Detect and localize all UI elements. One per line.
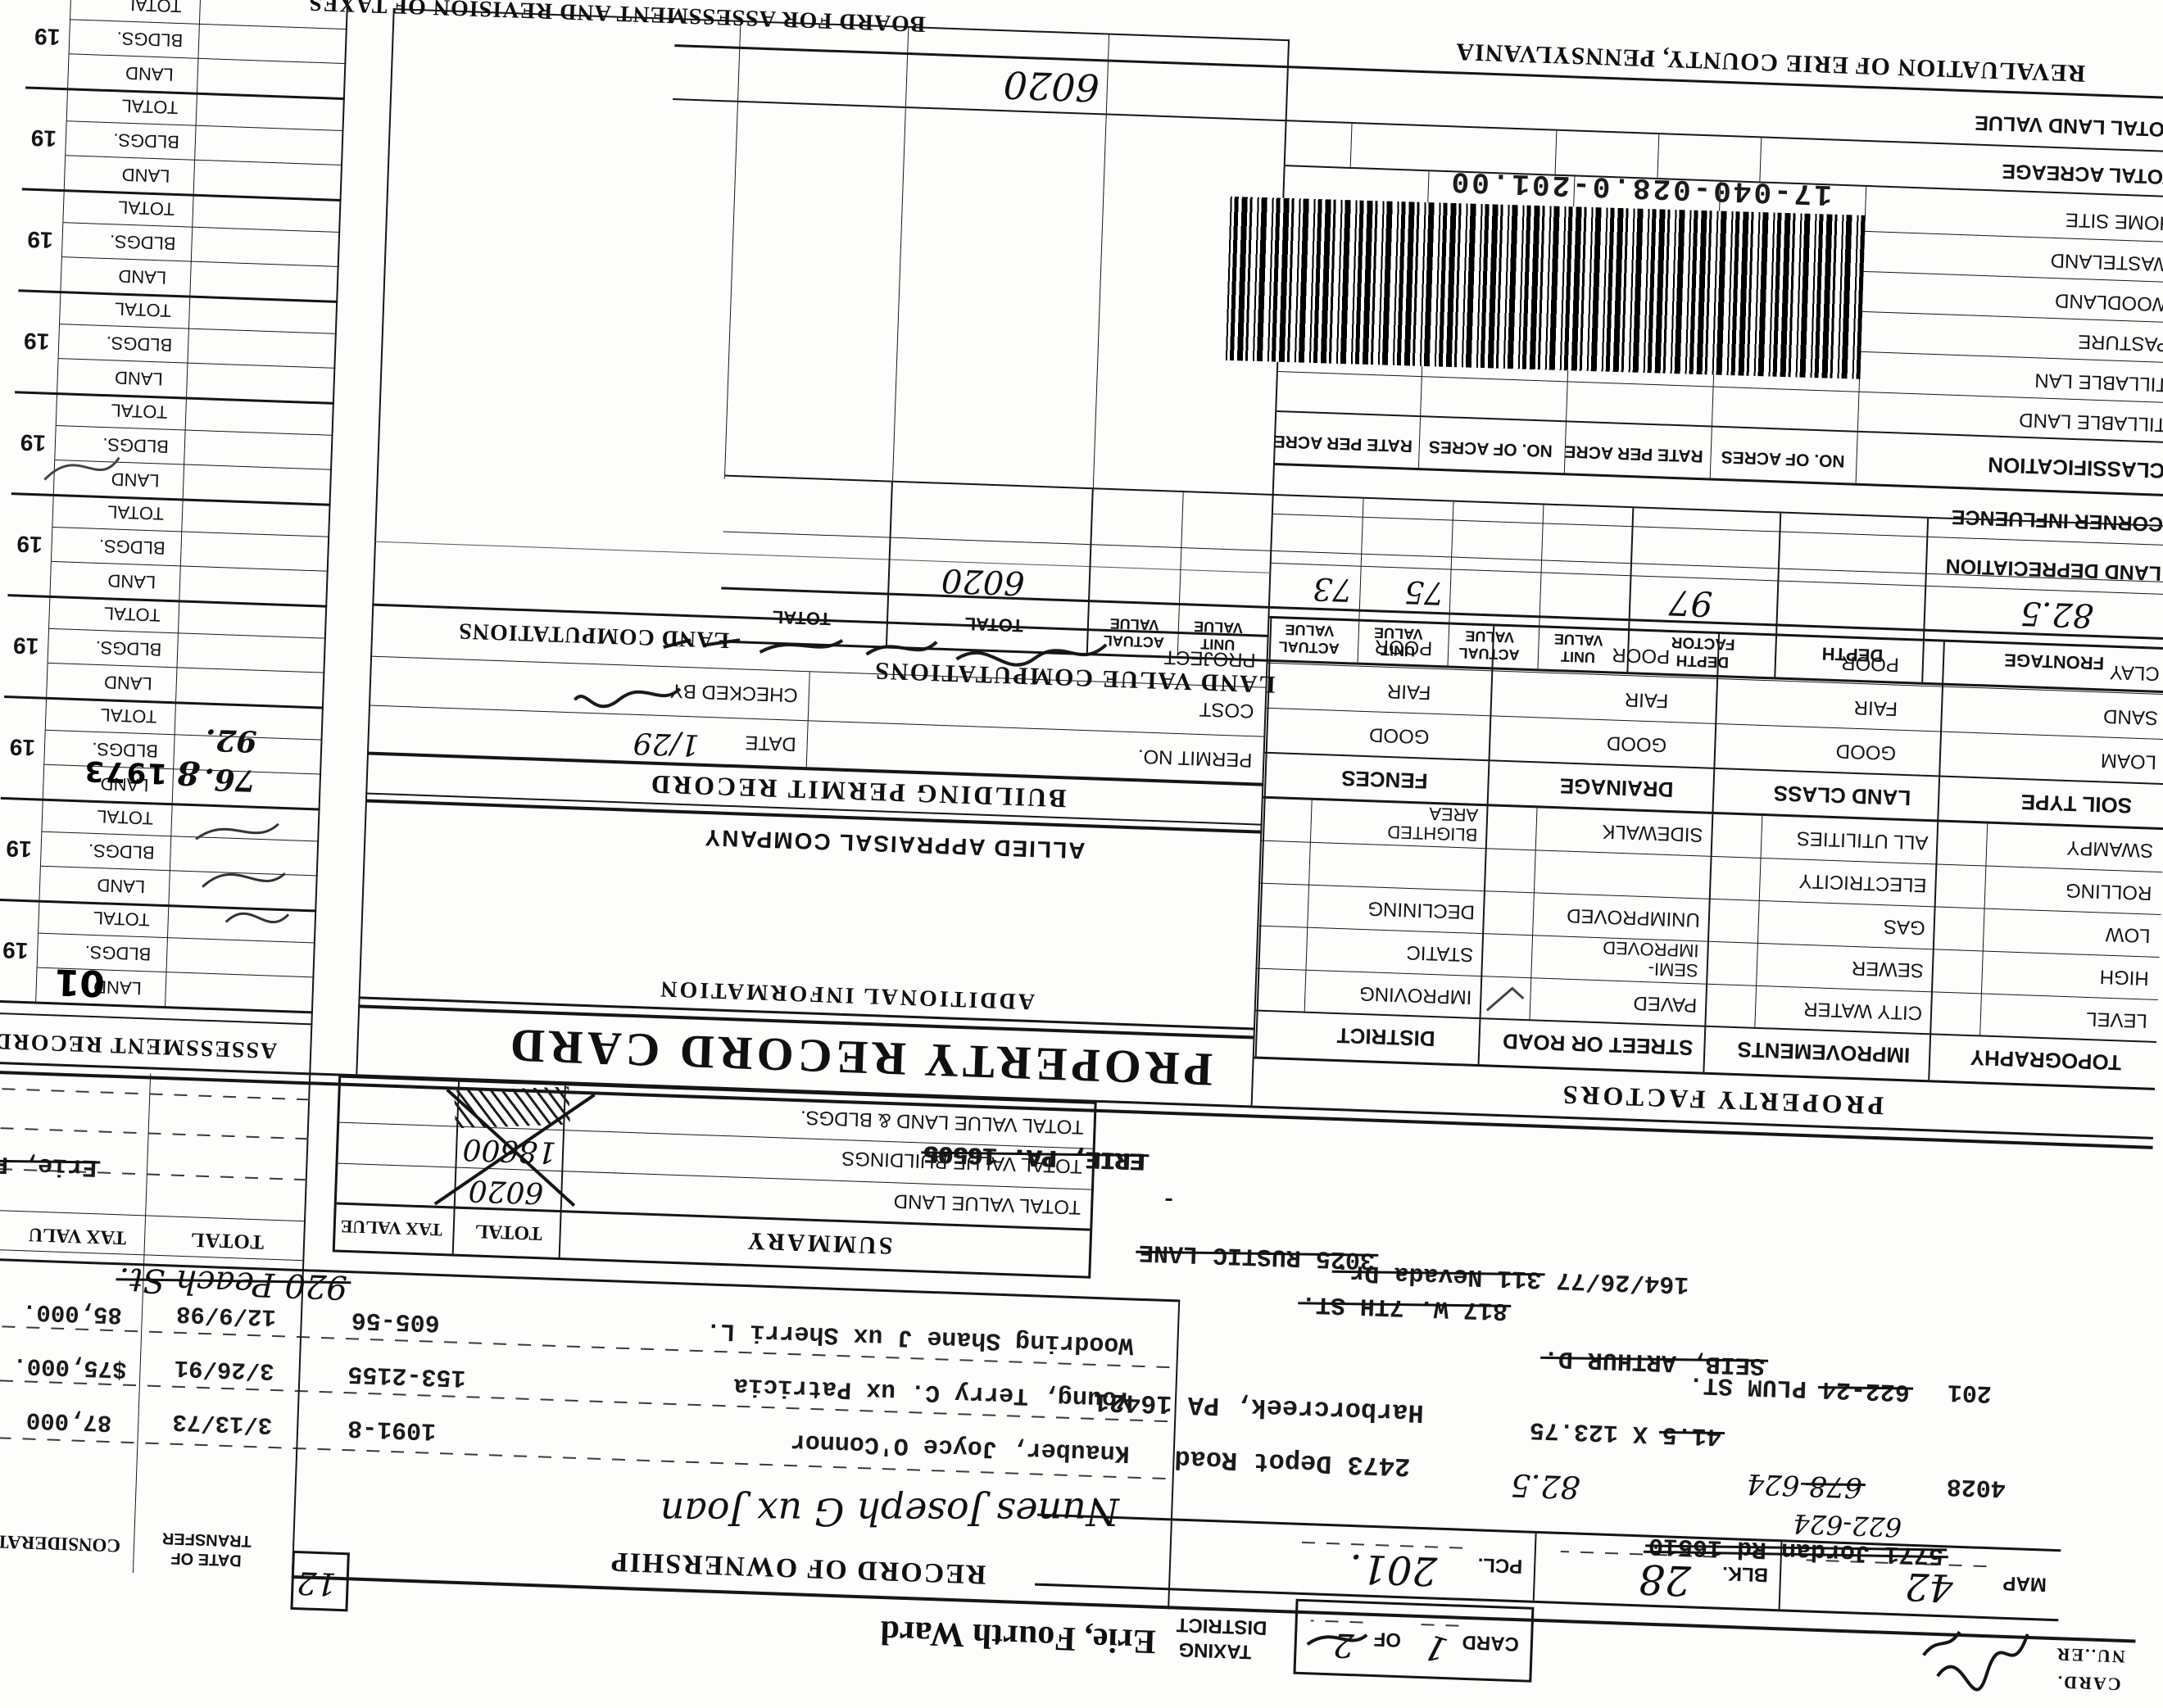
factor-improving: IMPROVING	[1359, 981, 1472, 1008]
factor-allutilities: ALL UTILITIES	[1796, 826, 1928, 854]
owner-book-knauber: 1091-8	[347, 1413, 437, 1444]
drain-fair: FAIR	[1624, 687, 1668, 712]
block-year-label: 19	[2, 936, 29, 963]
factor-swampy: SWAMPY	[2066, 836, 2154, 862]
barcode-number: 17-040-028.0-201.00	[1449, 164, 1833, 211]
num-201: 201	[1947, 1377, 1992, 1407]
owner-book-young: 153-2155	[347, 1359, 466, 1391]
summary-total-header: TOTAL	[474, 1219, 542, 1244]
class-good: GOOD	[1835, 739, 1896, 764]
total-acreage-label: TOTAL ACREAGE	[2002, 159, 2163, 188]
factor-declining: DECLINING	[1367, 896, 1476, 923]
num-4028: 4028	[1946, 1471, 2006, 1501]
permit-no-label: PERMIT NO.	[1137, 744, 1252, 771]
assessment-record-title: ASSESSMENT RECORD	[0, 1027, 278, 1063]
comp-col-depthfactor: DEPTH FACTOR	[1649, 632, 1757, 672]
factor-sewer: SEWER	[1851, 956, 1924, 981]
block-total-label: TOTAL	[111, 399, 168, 422]
block-total-label: TOTAL	[118, 197, 175, 220]
pcl-label: PCL.	[1477, 1552, 1523, 1577]
comp-col-actual1: ACTUAL VALUE	[1454, 627, 1525, 664]
map-label: MAP	[2002, 1571, 2047, 1596]
assessment-block-stamped: LAND BLDGS. TOTAL 19 8 1973 76. 92.	[1, 695, 324, 811]
classification-label: CLASSIFICATION	[1988, 451, 2163, 483]
dim-rest: X 123.75	[1529, 1416, 1662, 1448]
block-total-label: TOTAL	[103, 602, 161, 625]
assessment-block: LAND BLDGS. TOTAL 19	[18, 188, 341, 303]
block-land-label: LAND	[125, 62, 175, 85]
right-taxvalu-header: TAX VALU	[28, 1222, 126, 1248]
fence-fair: FAIR	[1387, 679, 1431, 704]
date-of-transfer-line2: TRANSFER	[162, 1529, 252, 1550]
block-year-label: 19	[24, 328, 50, 355]
factors-col-soiltype: SOIL TYPE	[2020, 789, 2132, 818]
assessment-block: LAND BLDGS. TOTAL 19	[15, 289, 338, 405]
ward-box: 12	[290, 1551, 349, 1611]
dimensions-line: 41.5 X 123.75	[1529, 1416, 1721, 1450]
blk-label: BLK.	[1722, 1561, 1769, 1586]
comp-col-depth: DEPTH	[1821, 642, 1883, 666]
block-year-label: 19	[16, 530, 43, 557]
stamp-1973: 1973	[83, 754, 168, 790]
acres-header-2: NO. OF ACRES	[1429, 437, 1553, 460]
block-land-label: LAND	[118, 265, 167, 288]
comp-frontage-value: 82.5	[2020, 594, 2094, 634]
summary-title: SUMMARY	[745, 1226, 893, 1259]
board-title: BOARD FOR ASSESSMENT AND REVISION OF TAX…	[308, 0, 926, 37]
total-land-value-hand: 6020	[1003, 62, 1100, 110]
row-pasture: PASTURE	[2078, 329, 2163, 356]
owner-book-woodring: 605-56	[351, 1305, 440, 1336]
comp-col-unit3: UNIT VALUE	[1185, 617, 1251, 654]
plum-622-24-struck: 622-24	[1821, 1375, 1910, 1406]
block-bldgs-label: BLDGS.	[113, 129, 180, 152]
owner-row-young: Young, Terry C. ux Patricia	[733, 1371, 1132, 1413]
card-of-box: CARD 1 OF 2	[1293, 1599, 1534, 1671]
block-bldgs-label: BLDGS.	[95, 637, 162, 660]
record-of-ownership-title: RECORD OF OWNERSHIP	[609, 1545, 986, 1589]
comp-col-unit1: UNIT VALUE	[1545, 630, 1612, 667]
summary-cross-scribble	[418, 1081, 602, 1218]
factors-col-improvements: IMPROVEMENTS	[1737, 1036, 1911, 1067]
assessment-block: LAND BLDGS. TOTAL 19	[7, 492, 330, 608]
nevada-date: 164/26/77	[1556, 1266, 1689, 1298]
comp-col-total1: TOTAL	[964, 613, 1023, 636]
block-land-label: LAND	[121, 164, 170, 187]
stamp-value-76: 76.	[203, 762, 256, 798]
factor-semiimproved: SEMI-IMPROVED	[1575, 936, 1699, 980]
consideration-young: $75,000.	[12, 1352, 127, 1383]
factor-level: LEVEL	[2086, 1007, 2148, 1032]
factors-col-street: STREET OR ROAD	[1502, 1028, 1694, 1060]
assessment-block: LAND BLDGS. TOTAL 19	[4, 594, 327, 709]
permit-date-label: DATE	[745, 731, 796, 755]
barcode	[1223, 197, 1866, 379]
old-addr-erie-hand: Erie, Pa. 16505	[0, 1145, 97, 1180]
paved-check-scribble	[1481, 982, 1530, 1017]
consideration-knauber: 87,000	[25, 1406, 112, 1436]
checkedby-scribble	[569, 673, 685, 714]
taxing-label-line2: DISTRICT	[1176, 1613, 1267, 1639]
block-land-label: LAND	[115, 366, 164, 389]
nevada-struck: 311 Nevada Dr.	[1335, 1257, 1542, 1293]
consideration-header: CONSIDERATION	[0, 1529, 120, 1556]
blk-value: 28	[1638, 1555, 1692, 1604]
block-year-label: 19	[34, 23, 61, 50]
row-tillable-land: TILLABLE LAND	[2019, 408, 2163, 436]
comp-depth-value: 97	[1668, 582, 1713, 624]
factors-col-drainage: DRAINAGE	[1559, 772, 1674, 802]
row-home-site: HOME SITE	[2065, 207, 2163, 234]
property-factors-title: PROPERTY FACTORS	[1559, 1080, 1884, 1121]
permit-checkedby-label: CHECKED BY	[669, 678, 798, 705]
factor-rolling: ROLLING	[2066, 878, 2152, 904]
block-bldgs-label: BLDGS.	[109, 230, 176, 254]
comp-col-total2: TOTAL	[772, 606, 831, 629]
dim-41-5-struck: 41.5	[1662, 1420, 1721, 1449]
permit-cost-label: COST	[1199, 697, 1254, 722]
card-no-value: 1	[1420, 1626, 1452, 1670]
date-of-transfer-line1: DATE OF	[170, 1549, 242, 1570]
old-addr-7th: 817 W. 7TH ST.	[1300, 1289, 1508, 1325]
card-label: CARD	[1462, 1630, 1519, 1655]
block-total-label: TOTAL	[114, 297, 171, 320]
assessment-block: LAND BLDGS. TOTAL 19	[22, 86, 345, 202]
row-woodland: WOODLAND	[2055, 288, 2163, 315]
map-value: 42	[1904, 1565, 1953, 1611]
transfer-date-young: 3/26/91	[174, 1354, 274, 1384]
right-total-header: TOTAL	[189, 1227, 264, 1253]
factors-col-fences: FENCES	[1341, 765, 1428, 794]
factor-paved: PAVED	[1633, 991, 1698, 1017]
hand-678-struck: 678	[1808, 1469, 1862, 1503]
block-bldgs-label: BLDGS.	[98, 535, 166, 559]
taxing-label-line1: TAXING	[1178, 1638, 1252, 1663]
stamp-hand-8: 8	[176, 753, 200, 792]
total-land-value-label: TOTAL LAND VALUE	[1975, 111, 2163, 142]
row-wasteland: WASTELAND	[2050, 248, 2163, 275]
hand-678-624: 678-624	[1746, 1467, 1863, 1504]
hand-624-rest: -624	[1746, 1467, 1810, 1502]
factor-gas: GAS	[1884, 914, 1926, 939]
rate-header-1: RATE PER ACRE	[1564, 441, 1703, 465]
comp-col-actual3: ACTUAL VALUE	[1099, 614, 1169, 651]
factors-col-landclass: LAND CLASS	[1773, 780, 1911, 810]
factors-col-district: DISTRICT	[1336, 1022, 1435, 1051]
taxing-district-value: Erie, Fourth Ward	[880, 1612, 1157, 1661]
row-tillable-lan: TILLABLE LAN	[2034, 368, 2163, 396]
factor-unimproved: UNIMPROVED	[1567, 904, 1701, 931]
hand-622-624: 622-624	[1793, 1508, 1902, 1543]
pencil-scribble	[135, 795, 304, 948]
block-year-label: 19	[6, 835, 32, 862]
handwritten-scribble	[1912, 1614, 2038, 1671]
transfer-date-knauber: 3/13/73	[172, 1408, 273, 1438]
stamp-value-92: 92.	[205, 723, 257, 759]
comp-col-actual2: ACTUAL VALUE	[1274, 620, 1345, 657]
pcl-value: 201.	[1349, 1545, 1438, 1594]
block-year-label: 19	[27, 226, 53, 253]
block-bldgs-label: BLDGS.	[106, 332, 173, 356]
block-land-label: LAND	[107, 569, 156, 592]
appraisal-company: ALLIED APPRAISAL COMPANY	[703, 824, 1086, 863]
old-addr-seib: SEIB, ARTHUR D.	[1543, 1343, 1765, 1379]
ward-box-value: 12	[296, 1565, 337, 1602]
scanned-card-page: CARD. NU..ER MAP 42 BLK. 28 PCL. 201. CA…	[0, 0, 2163, 1671]
acres-header-1: NO. OF ACRES	[1721, 446, 1845, 470]
factor-low: LOW	[2105, 922, 2151, 947]
summary-tax-header: TAX VALUE	[340, 1216, 442, 1240]
consideration-woodring: 85,000.	[22, 1298, 123, 1328]
block-total-label: TOTAL	[125, 0, 182, 16]
card-of-label: OF	[1373, 1627, 1401, 1651]
date-of-transfer-header: DATE OF TRANSFER	[144, 1528, 269, 1571]
permit-date-value: 1/29	[633, 726, 700, 762]
factor-static: STATIC	[1406, 940, 1474, 966]
block-year-label: 19	[9, 733, 35, 760]
hand-82-5: 82.5	[1510, 1467, 1580, 1506]
comp-unit-value: 75	[1403, 574, 1444, 612]
owner-row-knauber: Knauber, Joyce O'Connor	[790, 1427, 1130, 1466]
block-total-label: TOTAL	[121, 95, 179, 118]
class-fair: FAIR	[1853, 695, 1898, 720]
fence-good: GOOD	[1369, 723, 1430, 748]
transfer-date-woodring: 12/9/98	[176, 1300, 277, 1330]
factor-citywater: CITY WATER	[1803, 997, 1923, 1024]
pencil-scribble	[27, 430, 128, 507]
stamp-01: 01	[54, 960, 106, 1004]
block-year-label: 19	[30, 125, 57, 152]
old-addr-peach: 920 Peach St.	[119, 1260, 348, 1306]
property-street: 2473 Depot Road	[1174, 1443, 1411, 1481]
rate-header-2: RATE PER ACRE	[1273, 431, 1413, 455]
summary-row-land-label: TOTAL VALUE LAND	[893, 1189, 1081, 1218]
comp-col-unit2: UNIT VALUE	[1365, 623, 1431, 660]
comp-col-frontage: FRONTAGE	[2004, 649, 2105, 673]
block-land-label: LAND	[104, 671, 153, 694]
factor-blightedarea: BLIGHTED AREA	[1363, 801, 1479, 845]
revaluation-title: REVALUATION OF ERIE COUNTY, PENNSYLVANIA	[1455, 37, 2086, 87]
factors-col-topography: TOPOGRAPHY	[1970, 1044, 2121, 1075]
soil-sand: SAND	[2103, 704, 2159, 728]
soil-loam: LOAM	[2100, 748, 2156, 772]
property-city: Harborcreek, PA 16421	[1093, 1386, 1424, 1428]
assessment-block: LAND BLDGS. TOTAL 19	[25, 0, 348, 100]
factor-sidewalk: SIDEWALK	[1602, 819, 1703, 845]
factor-high: HIGH	[2099, 964, 2149, 989]
drain-good: GOOD	[1607, 731, 1667, 756]
block-total-label: TOTAL	[100, 704, 157, 727]
block-bldgs-label: BLDGS.	[116, 27, 184, 51]
comp-actual-value: 73	[1313, 571, 1354, 609]
block-year-label: 19	[13, 632, 39, 659]
corner-number-label: NU..ER	[2055, 1643, 2125, 1667]
comp-total-value: 6020	[941, 561, 1025, 602]
owner-row-nunes: Nunes Joseph G ux Joan	[660, 1489, 1119, 1534]
factor-electricity: ELECTRICITY	[1798, 869, 1927, 896]
